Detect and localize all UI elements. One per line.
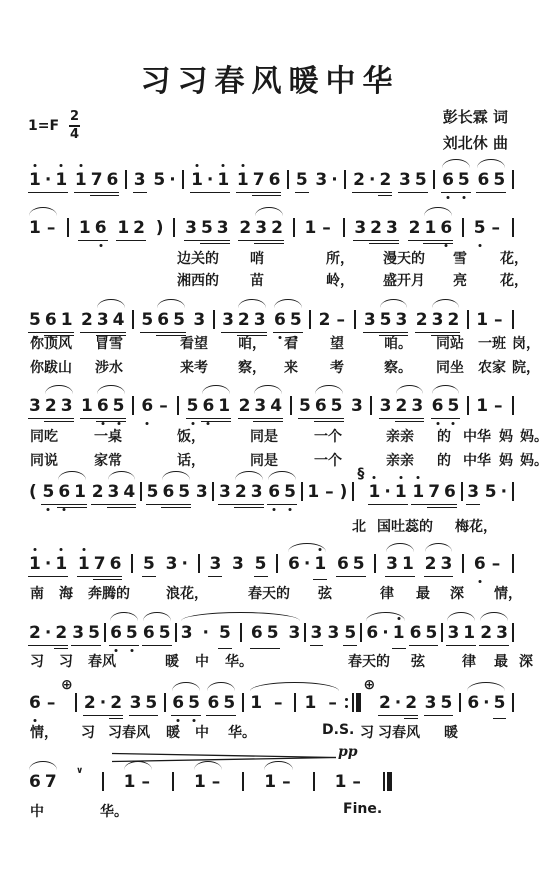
note: 5 [352,554,366,574]
note: 2 [238,218,252,238]
lyric-syllable: 看 [284,333,298,353]
note-group: 5– [473,218,503,238]
underline [353,240,399,242]
note: 3 [96,310,110,330]
note-group: 65 [161,482,191,502]
note: 6 [439,218,453,238]
underline [298,418,344,420]
underline [133,192,147,194]
slur-arc [238,299,266,308]
underline [379,418,425,420]
note-group: 1– [193,772,223,792]
note-group: 23 [237,310,267,330]
note: 3 [71,623,85,643]
bar-line [240,623,242,642]
slur-arc [202,385,230,394]
lyric-syllable: 奔腾的 [88,583,130,603]
note: 6 [431,396,445,416]
slur-arc [396,385,424,394]
lyric-syllable: 来 [284,357,298,377]
note-group: 565 [146,482,192,502]
lyric-syllable: 梅花， [455,516,497,536]
underline [313,579,327,581]
note: 6 [161,482,175,502]
note: 5 [146,482,160,502]
octave-down-dot [63,508,66,511]
note: 2 [369,218,383,238]
lyric-syllable: 边关的 [177,248,219,268]
note-group: 5 [218,623,232,643]
underline [109,645,139,647]
repeat-sign [345,693,361,712]
slur-arc [97,385,125,394]
note-group: 61 [201,396,231,416]
note: 4 [122,482,136,502]
note: 3 [254,218,268,238]
note-group: 5· [152,170,176,190]
bar-line [304,623,306,642]
note: 1 [77,554,91,574]
underline [208,576,222,578]
note: 4 [112,310,126,330]
lyric-syllable: 中 [195,722,209,742]
note: 5 [289,310,303,330]
lyric-syllable: 话， [177,450,205,470]
dash-note: – [279,772,294,792]
note: 2 [415,310,429,330]
bar-line [276,554,278,573]
underline [116,240,146,242]
note: 5 [484,482,498,502]
dash-note: – [319,218,334,238]
octave-down-dot [99,244,102,247]
bar-line [459,693,461,712]
note: 3 [353,218,367,238]
dash-note: – [138,772,153,792]
note: 3 [310,623,324,643]
note-group: 61 [57,482,87,502]
note: 1 [475,310,489,330]
note-group: 3 [350,396,364,416]
note: 3 [107,482,121,502]
note: 6 [44,310,58,330]
note: 6 [201,396,215,416]
slur-arc [108,471,136,480]
note-group: 65 [171,693,201,713]
note-group: 1– [28,218,58,238]
dash-note: – [333,310,348,330]
dash-note: – [209,772,224,792]
note-group: 3 [310,623,324,643]
bar-line [175,623,177,642]
note: 1 [401,554,415,574]
slur-arc [386,543,414,552]
note: 5 [424,623,438,643]
lyric-syllable: 深 [519,651,533,671]
bar-line [512,310,514,329]
bar-line [512,623,514,642]
note: 6 [28,693,42,713]
lyric-syllable: 暖 [444,722,458,742]
slur-arc [143,612,171,621]
underline [392,648,406,650]
note: 5 [200,218,214,238]
note-group: 65 [476,170,506,190]
lyric-syllable: 华。 [225,651,253,671]
note: 7 [93,554,107,574]
slur-arc [477,159,505,168]
underline [336,576,366,578]
octave-down-dot [447,196,450,199]
note: 5 [343,623,357,643]
bar-line [198,554,200,573]
note: 1 [28,170,42,190]
key-signature: 1=F 2 4 [28,110,80,142]
note: 1 [216,170,230,190]
lyric-syllable: 习春风 [108,722,150,742]
note-group: 323 [353,218,399,238]
lyric-syllable: 苗 [250,270,264,290]
bar-line [132,396,134,415]
note-group: 23 [424,554,454,574]
bar-line [360,623,362,642]
underline [398,192,428,194]
note: · [99,693,107,713]
lyric-syllable: 国吐蕊的 [377,516,433,536]
note: 3 [431,310,445,330]
note-group: 561 [28,310,74,330]
octave-down-dot [130,649,133,652]
note: 3 [314,170,328,190]
underline [378,715,418,717]
underline [476,192,506,194]
lyric-syllable: 中华 [463,426,491,446]
bar-line [125,170,127,189]
underline [90,195,120,197]
lyric-syllable: 情， [494,583,522,603]
note: 2 [44,396,58,416]
lyricist-credit: 彭长霖 词 [443,104,508,130]
lyric-syllable: 的 [437,450,451,470]
underline [378,195,392,197]
lyric-syllable: 一个 [314,450,342,470]
lyric-syllable: 同是 [250,426,278,446]
note: 2 [234,482,248,502]
lyric-syllable: 妈 [499,426,513,446]
note-group: 3 [192,310,206,330]
octave-up-dot [60,164,63,167]
note-group: 353 [363,310,409,330]
lyric-syllable: 哨 [250,248,264,268]
note: 5 [41,482,55,502]
note: 3 [221,310,235,330]
note-group: 3·5653 [180,623,302,643]
lyric-syllable: 习 [81,722,95,742]
note: 1 [190,170,204,190]
octave-down-dot [289,508,292,511]
underline [28,418,74,420]
dash-note: – [491,396,506,416]
underline [44,421,74,423]
note: · [368,170,376,190]
note: 1 [303,218,317,238]
note: 7 [252,170,266,190]
note: 5 [492,170,506,190]
note: 6 [109,554,123,574]
underline [77,576,123,578]
meter-numerator: 2 [70,110,79,124]
lyric-syllable: 暖 [166,722,180,742]
note: 3 [253,310,267,330]
note: 1 [249,693,263,713]
note-group: 2 [404,693,418,713]
bar-line [433,170,435,189]
octave-down-dot [101,422,104,425]
note-group: 6·1 [287,554,327,574]
lyric-syllable: 亲亲 [386,450,414,470]
lyric-syllable: 岭， [326,270,354,290]
slur-arc [447,612,475,621]
note: 2 [132,218,146,238]
lyric-syllable: 亲亲 [386,426,414,446]
music-line-7: 2·23565653·56533356·1653123 [28,623,514,643]
note: 5 [283,482,297,502]
lyric-syllable: 华。 [100,801,128,821]
underline [479,645,509,647]
note: 1 [394,482,408,502]
bar-line [294,693,296,712]
note-group: 65 [142,623,172,643]
slur-arc [424,207,452,216]
note: 6 [443,482,457,502]
slur-arc [29,207,57,216]
underline [267,504,297,506]
note: 1 [73,482,87,502]
underline [295,192,309,194]
note: ) [155,218,165,238]
note-group: 16 [423,218,453,238]
note: 6 [96,396,110,416]
note: 1 [411,482,425,502]
music-line-3: 5612345653323652–3532321– [28,310,514,330]
note: 6 [94,218,108,238]
note: 1 [28,554,42,574]
lyric-syllable: 察。 [384,357,412,377]
lyric-syllable: 同是 [250,450,278,470]
song-title: 习习春风暖中华 [0,56,540,100]
note: 6 [441,170,455,190]
note: ) [339,482,349,502]
note-group: 234 [80,310,126,330]
note-group: 2 [109,693,123,713]
lyric-syllable: 律 [462,651,476,671]
note: 2 [270,218,284,238]
note: 5 [298,396,312,416]
underline [238,418,284,420]
lyric-syllable: 同坐 [436,357,464,377]
bar-line [242,772,244,791]
note: 2 [408,218,422,238]
bar-line [467,310,469,329]
lyric-syllable: 习春风 [378,722,420,742]
note-group: 5 [254,554,268,574]
lyric-syllable: 同说 [30,450,58,470]
lyric-syllable: 家常 [94,450,122,470]
underline [190,192,230,194]
note: 5 [172,310,186,330]
note: 2 [238,396,252,416]
slur-arc [254,385,282,394]
note-group: 76 [427,482,457,502]
note: 3 [466,482,480,502]
underline [493,718,507,720]
note-group: 65 [336,554,366,574]
note-group: 565 [140,310,186,330]
note-group: 3 [326,623,340,643]
lyric-syllable: 来考 [180,357,208,377]
note-group: 67 [28,772,58,792]
key-label: 1=F [28,118,59,134]
note-group: 32 [431,310,461,330]
octave-down-dot [207,422,210,425]
underline [250,648,280,650]
underline [409,645,439,647]
note-group: ( [28,482,38,502]
underline [93,579,123,581]
note: · [206,170,214,190]
octave-down-dot [478,580,481,583]
note: 3 [446,623,460,643]
lyric-syllable: 春天的 [348,651,390,671]
bar-line [102,772,104,791]
music-line-6: 1·117653·3356·16531236– [28,554,514,574]
lyric-syllable: 海 [59,583,73,603]
bar-line [177,396,179,415]
note: · [202,623,210,643]
segno-icon: § [355,464,367,484]
lyric-syllable: 习 [30,651,44,671]
underline [201,421,231,423]
note-group: 176 [411,482,457,502]
note: 1 [54,554,68,574]
octave-up-dot [373,476,376,479]
lyric-syllable: 习 [360,722,374,742]
bar-line [370,396,372,415]
lyric-syllable: 花， [500,270,528,290]
note-group: 65 [273,310,303,330]
note: 1 [392,623,406,643]
note-group: 23 [44,396,74,416]
note: 3 [395,310,409,330]
lyric-syllable: 亮 [453,270,467,290]
underline [446,645,476,647]
slur-arc [97,299,125,308]
slur-arc [274,299,302,308]
note-group: 1·1 [368,482,408,502]
note: 2 [80,310,94,330]
note-group: 2·2 [378,693,418,713]
bar-line [164,693,166,712]
bar-line [301,482,303,501]
note-group: 1 [313,554,327,574]
note: 6 [287,554,301,574]
note-group: 23 [395,396,425,416]
note-group: 234 [238,396,284,416]
note: 1 [306,482,320,502]
note: 5 [187,693,201,713]
underline [404,718,418,720]
note: 3 [385,218,399,238]
slur-arc [172,682,200,691]
slur-arc [467,682,505,691]
note-group: 3· [314,170,338,190]
note: 6 [28,772,42,792]
bar-line [309,310,311,329]
note: 6 [250,623,264,643]
note-group: 34 [107,482,137,502]
note: 2 [424,554,438,574]
note-group: 35 [424,693,454,713]
bar-line [313,772,315,791]
octave-down-dot [117,422,120,425]
underline [427,507,457,509]
underline [71,645,101,647]
bar-line [131,554,133,573]
underline [41,504,87,506]
bar-line [512,218,514,237]
note-group: 53 [200,218,230,238]
bar-line [75,693,77,712]
note: 5 [87,623,101,643]
lyric-syllable: 涉水 [95,357,123,377]
slur-arc [235,471,263,480]
octave-up-dot [241,164,244,167]
note: 5 [28,310,42,330]
note-group: 23 [234,482,264,502]
note-group: 3 [208,554,222,574]
lyric-syllable: 妈。 [520,450,540,470]
note: 3 [250,482,264,502]
octave-up-dot [82,548,85,551]
music-line-4: 3231656–5612345653323651– [28,396,514,416]
lyric-syllable: 湘西的 [177,270,219,290]
note: 3 [379,396,393,416]
lyric-syllable: 同站 [436,333,464,353]
note: 2 [404,693,418,713]
note: 5 [218,623,232,643]
lyric-syllable: 深 [450,583,464,603]
note-group: 2 [378,170,392,190]
lyric-syllable: 浪花， [166,583,208,603]
note: 1 [334,772,348,792]
note: 5 [125,623,139,643]
note-group: 232 [415,310,461,330]
note-group: 2·2 [28,623,68,643]
note: · [394,693,402,713]
note: 2 [28,623,42,643]
underline [411,504,457,506]
note-group: 176 [236,170,282,190]
underline [186,418,232,420]
lyric-syllable: 你顶风 [30,333,72,353]
lyric-syllable: 看望 [180,333,208,353]
note-group: 65 [96,396,126,416]
bar-line [512,396,514,415]
lyric-syllable: 南 [30,583,44,603]
note: 1 [423,218,437,238]
lyric-syllable: 一桌 [94,426,122,446]
bar-line [441,623,443,642]
